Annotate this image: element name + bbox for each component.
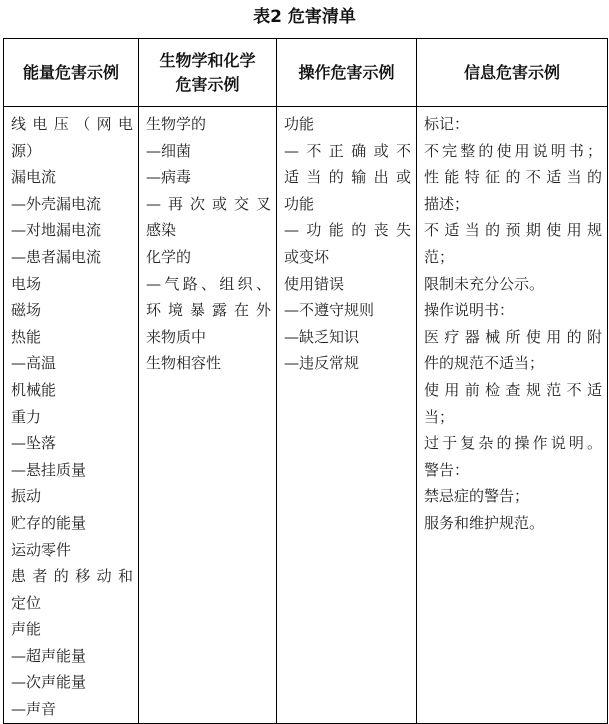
header-operational-hazards: 操作危害示例 <box>277 39 417 107</box>
list-item: 感染 <box>146 217 271 244</box>
list-item: 来物质中 <box>146 324 271 351</box>
table-row: 线电压（网电源）漏电流—外壳漏电流—对地漏电流—患者漏电流电场磁场热能—高温机械… <box>4 107 608 724</box>
list-item: 电场 <box>11 271 133 298</box>
list-item: 生物相容性 <box>146 350 271 377</box>
list-item: 运动零件 <box>11 537 133 564</box>
list-item: —气路、组织、 <box>146 271 271 298</box>
list-item: 服务和维护规范。 <box>424 510 602 537</box>
list-item: 患者的移动和 <box>11 563 133 590</box>
list-item: —患者漏电流 <box>11 244 133 271</box>
list-item: 机械能 <box>11 377 133 404</box>
list-item: 功能 <box>284 191 411 218</box>
list-item: —不遵守规则 <box>284 297 411 324</box>
list-item: —再次或交叉 <box>146 191 271 218</box>
list-item: 线电压（网电 <box>11 111 133 138</box>
list-item: —外壳漏电流 <box>11 191 133 218</box>
list-item: 热能 <box>11 324 133 351</box>
list-item: 声能 <box>11 616 133 643</box>
list-item: 医疗器械所使用的附 <box>424 324 602 351</box>
list-item: 源） <box>11 138 133 165</box>
cell-operational-hazards: 功能—不正确或不适当的输出或功能—功能的丧失或变坏使用错误—不遵守规则—缺乏知识… <box>277 107 417 724</box>
list-item: —声音 <box>11 696 133 723</box>
list-item: —高温 <box>11 350 133 377</box>
list-item: 限制未充分公示。 <box>424 271 602 298</box>
cell-bio-chem-hazards: 生物学的—细菌—病毒—再次或交叉感染化学的—气路、组织、环境暴露在外来物质中生物… <box>139 107 277 724</box>
list-item: 环境暴露在外 <box>146 297 271 324</box>
cell-energy-hazards: 线电压（网电源）漏电流—外壳漏电流—对地漏电流—患者漏电流电场磁场热能—高温机械… <box>4 107 139 724</box>
list-item: 警告： <box>424 457 602 484</box>
list-item: 操作说明书： <box>424 297 602 324</box>
header-information-hazards: 信息危害示例 <box>417 39 608 107</box>
list-item: 重力 <box>11 404 133 431</box>
list-item: 化学的 <box>146 244 271 271</box>
list-item: —对地漏电流 <box>11 217 133 244</box>
list-item: 漏电流 <box>11 164 133 191</box>
list-item: —不正确或不 <box>284 138 411 165</box>
list-item: 功能 <box>284 111 411 138</box>
hazard-list-table: 能量危害示例 生物学和化学危害示例 操作危害示例 信息危害示例 线电压（网电源）… <box>3 38 608 724</box>
table-title: 表2 危害清单 <box>0 6 609 28</box>
list-item: 性能特征的不适当的 <box>424 164 602 191</box>
list-item: —功能的丧失 <box>284 217 411 244</box>
list-item: 或变坏 <box>284 244 411 271</box>
list-item: 定位 <box>11 590 133 617</box>
list-item: 过于复杂的操作说明。 <box>424 430 602 457</box>
list-item: 振动 <box>11 483 133 510</box>
list-item: 当； <box>424 404 602 431</box>
list-item: 不适当的预期使用规 <box>424 217 602 244</box>
list-item: 生物学的 <box>146 111 271 138</box>
list-item: —悬挂质量 <box>11 457 133 484</box>
list-item: —缺乏知识 <box>284 324 411 351</box>
list-item: 范； <box>424 244 602 271</box>
list-item: —坠落 <box>11 430 133 457</box>
cell-information-hazards: 标记：不完整的使用说明书；性能特征的不适当的描述；不适当的预期使用规范；限制未充… <box>417 107 608 724</box>
header-energy-hazards: 能量危害示例 <box>4 39 139 107</box>
list-item: 不完整的使用说明书； <box>424 138 602 165</box>
list-item: 件的规范不适当； <box>424 350 602 377</box>
list-item: 适当的输出或 <box>284 164 411 191</box>
list-item: 描述； <box>424 191 602 218</box>
list-item: 使用前检查规范不适 <box>424 377 602 404</box>
list-item: —违反常规 <box>284 350 411 377</box>
list-item: —病毒 <box>146 164 271 191</box>
list-item: —超声能量 <box>11 643 133 670</box>
list-item: 使用错误 <box>284 271 411 298</box>
list-item: 磁场 <box>11 297 133 324</box>
table-header-row: 能量危害示例 生物学和化学危害示例 操作危害示例 信息危害示例 <box>4 39 608 107</box>
list-item: 标记： <box>424 111 602 138</box>
list-item: —细菌 <box>146 138 271 165</box>
list-item: 贮存的能量 <box>11 510 133 537</box>
header-bio-chem-hazards: 生物学和化学危害示例 <box>139 39 277 107</box>
list-item: 禁忌症的警告； <box>424 483 602 510</box>
list-item: —次声能量 <box>11 669 133 696</box>
